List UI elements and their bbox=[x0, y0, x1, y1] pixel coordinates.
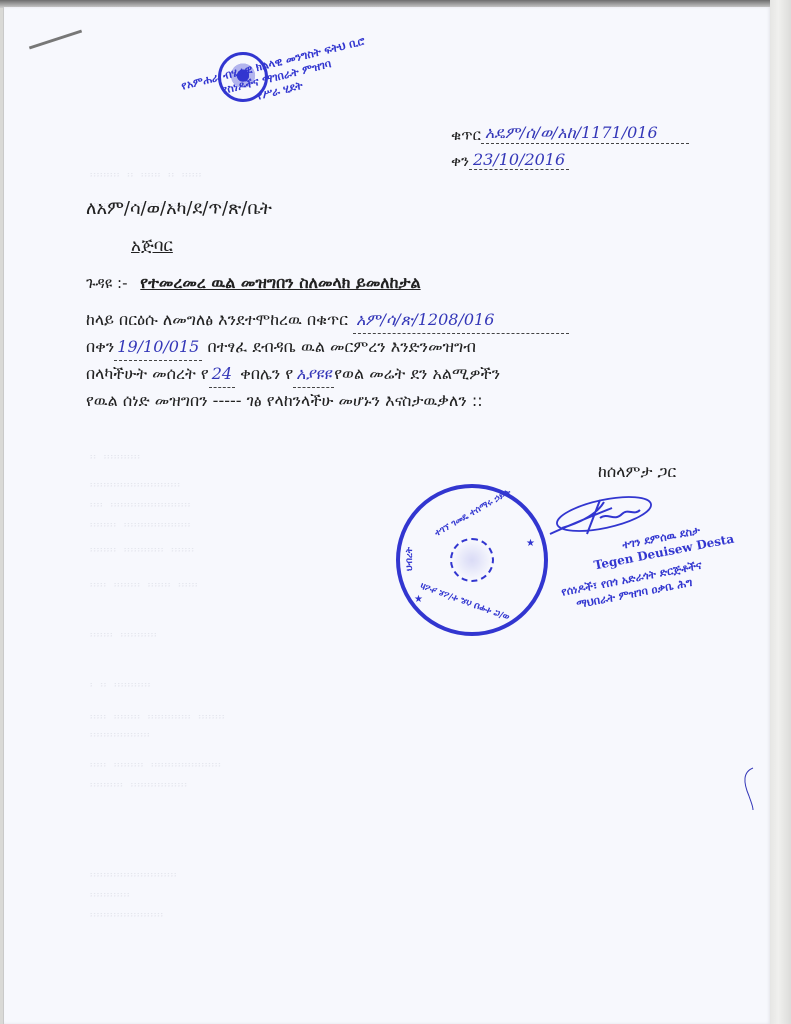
official-round-seal: ተገኘ ገመዴ ተሰማሩ ኃይሉ ህብረት ወ/ሮ ተዋህ ሰዴ ተ/ሪደ ታሪ… bbox=[396, 484, 548, 636]
star-icon: ★ bbox=[526, 538, 535, 549]
seal-top-text: ተገኘ ገመዴ ተሰማሩ ኃይሉ bbox=[433, 487, 512, 539]
subject-value: የተመረመረ ዉል መዝግበን ስለመላክ ይመለከታል bbox=[140, 273, 420, 292]
national-emblem-icon bbox=[450, 538, 494, 582]
body-line-2-text: በተፃፈ ደብዳቤ ዉል መርምረን እንድንመዝግብ bbox=[207, 337, 476, 356]
date-row: ቀን 23/10/2016 bbox=[451, 144, 689, 170]
seal-bottom-text: ወ/ሮ ተዋህ ሰዴ ተ/ሪደ ታሪክ bbox=[419, 580, 511, 622]
kebele-name: አያዩዩ bbox=[293, 361, 334, 388]
subject-line: ጉዳዩ :- የተመረመረ ዉል መዝግበን ስለመላክ ይመለከታል bbox=[86, 273, 421, 293]
body-line-2-prefix: በቀን bbox=[86, 337, 114, 356]
reference-block: ቁጥር አዴም/ሰ/ወ/አከ/1171/016 ቀን 23/10/2016 bbox=[451, 118, 689, 170]
letter-body: ከላይ በርዕሱ ለመግለፅ እንደተሞከረዉ በቁጥር አም/ሳ/ጽ/1208… bbox=[86, 307, 736, 414]
body-line-4: የዉል ሰነድ መዝግበን ----- ገፅ የላከንላችሁ መሆኑን እናስታ… bbox=[86, 388, 736, 414]
referenced-letter-date: 19/10/015 bbox=[114, 334, 202, 361]
body-line-3: በላካችሁት መሰረት የ24 ቀበሌን የአያዩዩየወል መሬት ደን አልሚ… bbox=[86, 361, 736, 388]
body-line-3-text-b: ቀበሌን የ bbox=[240, 364, 293, 383]
pen-stroke-mark bbox=[741, 766, 755, 812]
handwritten-signature-icon bbox=[542, 494, 654, 540]
reference-number-value: አዴም/ሰ/ወ/አከ/1171/016 bbox=[481, 123, 689, 144]
date-value: 23/10/2016 bbox=[469, 150, 569, 170]
body-line-1: ከላይ በርዕሱ ለመግለፅ እንደተሞከረዉ በቁጥር አም/ሳ/ጽ/1208… bbox=[86, 307, 736, 334]
scan-border-right bbox=[770, 0, 791, 1024]
referenced-letter-number: አም/ሳ/ጽ/1208/016 bbox=[353, 307, 569, 334]
reference-number-row: ቁጥር አዴም/ሰ/ወ/አከ/1171/016 bbox=[451, 118, 689, 144]
date-label: ቀን bbox=[451, 152, 469, 170]
kebele-number: 24 bbox=[209, 361, 235, 388]
body-line-1-text: ከላይ በርዕሱ ለመግለፅ እንደተሞከረዉ በቁጥር bbox=[86, 310, 348, 329]
body-line-3-text-c: የወል መሬት ደን አልሚዎችን bbox=[334, 364, 500, 383]
star-icon: ★ bbox=[414, 594, 423, 605]
subject-label: ጉዳዩ :- bbox=[86, 274, 128, 292]
closing-regards: ከሰላምታ ጋር bbox=[598, 462, 676, 482]
recipient-city: አጅባር bbox=[131, 236, 173, 256]
reference-number-label: ቁጥር bbox=[451, 126, 481, 144]
body-line-3-text-a: በላካችሁት መሰረት የ bbox=[86, 364, 209, 383]
seal-left-text: ህብረት bbox=[405, 547, 415, 571]
recipient-name: ለአም/ሳ/ወ/አካ/ደ/ጥ/ጽ/ቤት bbox=[86, 198, 272, 219]
body-line-2: በቀን19/10/015 በተፃፈ ደብዳቤ ዉል መርምረን እንድንመዝግብ bbox=[86, 334, 736, 361]
